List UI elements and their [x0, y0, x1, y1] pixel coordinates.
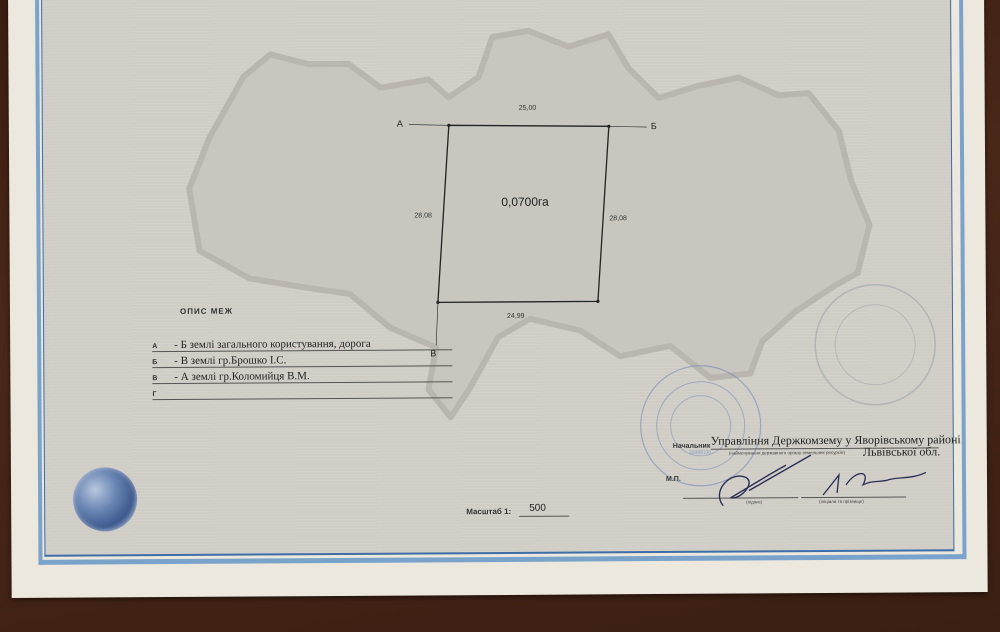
document-sheet: 25,00 24,99 28,08 28,08 0,0700га А Б В О… [8, 0, 988, 598]
stamp-number: 20989130 [689, 450, 712, 456]
handwritten-signatures: 20989130 [8, 0, 988, 598]
